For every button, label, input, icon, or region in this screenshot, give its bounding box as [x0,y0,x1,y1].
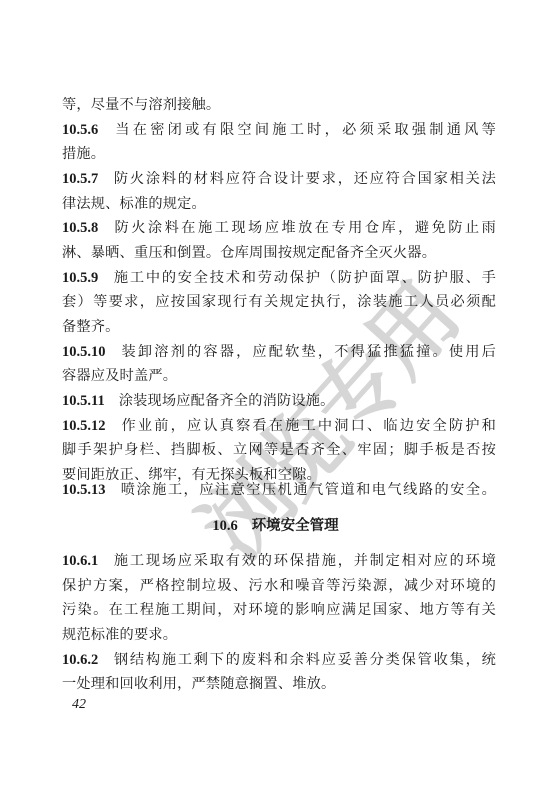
page-number: 42 [72,697,86,713]
text-line-wrap: 污染。在工程施工期间，对环境的影响应满足国家、地方等有关 [62,600,496,620]
text-line-wrap: 一处理和回收利用，严禁随意搁置、堆放。 [62,674,496,694]
text-line: 污染。在工程施工期间，对环境的影响应满足国家、地方等有关 [62,602,496,618]
text-line-wrap: 备整齐。 [62,317,496,337]
paragraph-continuation: 等，尽量不与溶剂接触。 [62,95,496,115]
text-line-wrap: 措施。 [62,144,496,164]
text-line: 淋、暴晒、重压和倒置。仓库周围按规定配备齐全灭火器。 [62,245,436,261]
clause-10-5-10: 10.5.10装卸溶剂的容器，应配软垫，不得猛推猛撞。使用后 [62,342,496,362]
text-line: 保护方案，严格控制垃圾、污水和噪音等污染源，减少对环境的 [62,578,496,594]
clause-number: 10.5.11 [62,393,105,409]
text-line: 脚手架护身栏、挡脚板、立网等是否齐全、牢固；脚手板是否按 [62,442,496,458]
clause-10-6-2: 10.6.2钢结构施工剩下的废料和余料应妥善分类保管收集，统 [62,650,496,670]
clause-number: 10.5.8 [62,220,98,236]
section-number: 10.6 [212,518,237,534]
text-line: 喷涂施工，应注意空压机通气管道和电气线路的安全。 [120,482,497,498]
text-line: 备整齐。 [62,319,120,335]
text-line: 涂装现场应配备齐全的消防设施。 [119,393,335,409]
text-line-wrap: 容器应及时盖严。 [62,366,496,386]
clause-10-5-9: 10.5.9施工中的安全技术和劳动保护（防护面罩、防护服、手 [62,268,496,288]
clause-10-5-8: 10.5.8防火涂料在施工现场应堆放在专用仓库，避免防止雨 [62,218,496,238]
text-line-wrap: 脚手架护身栏、挡脚板、立网等是否齐全、牢固；脚手板是否按 [62,440,496,460]
clause-10-5-7: 10.5.7防火涂料的材料应符合设计要求，还应符合国家相关法 [62,169,496,189]
text-line: 规范标准的要求。 [62,627,177,643]
text-line: 一处理和回收利用，严禁随意搁置、堆放。 [62,676,335,692]
text-line: 套）等要求，应按国家现行有关规定执行，涂装施工人员必须配 [62,294,496,310]
clause-10-5-6: 10.5.6当在密闭或有限空间施工时，必须采取强制通风等 [62,120,496,140]
clause-10-5-13: 10.5.13喷涂施工，应注意空压机通气管道和电气线路的安全。 [62,480,496,500]
clause-number: 10.6.1 [62,553,98,569]
document-page: 浏览专用 等，尽量不与溶剂接触。 10.5.6当在密闭或有限空间施工时，必须采取… [0,0,551,790]
text-line: 作业前，应认真察看在施工中洞口、临边安全防护和 [120,418,497,434]
clause-10-5-12: 10.5.12作业前，应认真察看在施工中洞口、临边安全防护和 [62,416,496,436]
clause-number: 10.5.12 [62,418,106,434]
text-line: 措施。 [62,146,105,162]
clause-10-6-1: 10.6.1施工现场应采取有效的环保措施，并制定相对应的环境 [62,551,496,571]
text-line: 施工中的安全技术和劳动保护（防护面罩、防护服、手 [112,270,496,286]
text-line: 律法规、标准的规定。 [62,196,206,212]
clause-number: 10.5.10 [62,344,106,360]
section-heading: 10.6环境安全管理 [0,514,551,535]
clause-10-5-11: 10.5.11涂装现场应配备齐全的消防设施。 [62,391,496,411]
text-line: 施工现场应采取有效的环保措施，并制定相对应的环境 [112,553,496,569]
text-line-wrap: 保护方案，严格控制垃圾、污水和噪音等污染源，减少对环境的 [62,576,496,596]
text-line: 容器应及时盖严。 [62,368,177,384]
text-line-wrap: 套）等要求，应按国家现行有关规定执行，涂装施工人员必须配 [62,292,496,312]
clause-number: 10.5.9 [62,270,98,286]
clause-number: 10.5.13 [62,482,106,498]
text-line: 当在密闭或有限空间施工时，必须采取强制通风等 [112,122,496,138]
clause-number: 10.5.6 [62,122,98,138]
text-line-wrap: 淋、暴晒、重压和倒置。仓库周围按规定配备齐全灭火器。 [62,243,496,263]
text-line-wrap: 律法规、标准的规定。 [62,194,496,214]
section-title: 环境安全管理 [252,517,339,534]
text-line: 等，尽量不与溶剂接触。 [62,97,220,113]
text-line: 装卸溶剂的容器，应配软垫，不得猛推猛撞。使用后 [120,344,497,360]
text-line-wrap: 规范标准的要求。 [62,625,496,645]
clause-number: 10.6.2 [62,652,98,668]
text-line: 防火涂料的材料应符合设计要求，还应符合国家相关法 [112,171,496,187]
text-line: 防火涂料在施工现场应堆放在专用仓库，避免防止雨 [112,220,496,236]
text-line: 钢结构施工剩下的废料和余料应妥善分类保管收集，统 [112,652,496,668]
clause-number: 10.5.7 [62,171,98,187]
